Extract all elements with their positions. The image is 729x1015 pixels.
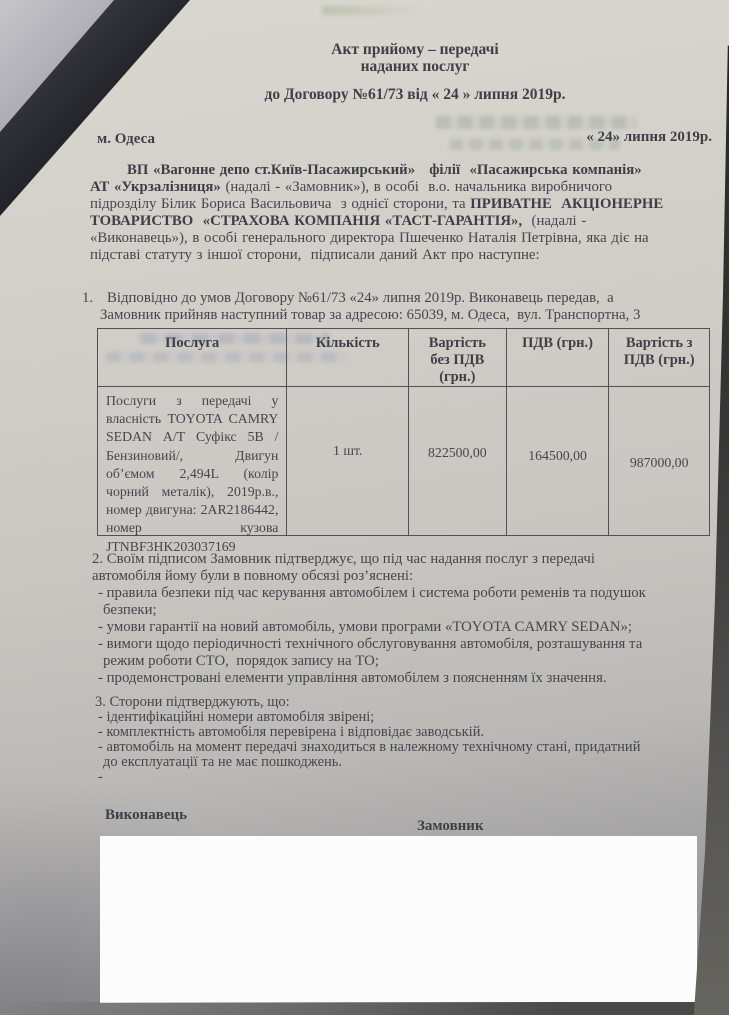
customer-label: Замовник — [417, 818, 484, 835]
paragraph-line: - правила безпеки під час керування авто… — [90, 585, 646, 602]
paragraph-line: - ідентифікаційні номери автомобіля звір… — [90, 710, 640, 725]
table-header-cell: Вартість з ПДВ (грн.) — [609, 329, 709, 387]
redaction-box — [100, 836, 697, 1003]
list-item-1-number: 1. — [82, 290, 93, 307]
paragraph-line: підрозділу Білик Бориса Васильовича з од… — [90, 196, 663, 213]
paragraph-line: - продемонстровані елементи управління а… — [90, 670, 646, 687]
paragraph-line: - комплектність автомобіля перевірена і … — [90, 725, 640, 740]
paragraph-line: АТ «Укрзалізниця» (надалі - «Замовник»),… — [90, 179, 663, 196]
table-cell: 164500,00 — [507, 387, 610, 535]
paragraph-line: - — [90, 770, 640, 785]
table-header-cell: ПДВ (грн.) — [507, 329, 610, 387]
paragraph-line: 3. Сторони підтверджують, що: — [90, 695, 640, 710]
paragraph-line: - вимоги щодо періодичності технічного о… — [90, 636, 646, 653]
table-cell: 822500,00 — [409, 387, 507, 535]
paragraph-line: до експлуатації та не має пошкоджень. — [90, 755, 640, 770]
photo-bottom-edge — [0, 1002, 729, 1015]
executor-label: Виконавець — [105, 807, 187, 824]
table-cell: 987000,00 — [609, 387, 709, 535]
paragraph-line: ВП «Вагонне депо ст.Київ-Пасажирський» ф… — [90, 162, 663, 179]
contract-subtitle: до Договору №61/73 від « 24 » липня 2019… — [104, 86, 726, 104]
table-header-cell: Послуга — [98, 329, 287, 387]
section-3: 3. Сторони підтверджують, що:- ідентифік… — [90, 695, 640, 785]
table-header-cell: Кількість — [287, 329, 409, 387]
paragraph-line: автомобіля йому були в повному обсязі ро… — [90, 568, 646, 585]
paragraph-line: ТОВАРИСТВО «СТРАХОВА КОМПАНІЯ «ТАСТ-ГАРА… — [90, 213, 663, 230]
title-line-2: наданих послуг — [104, 59, 726, 76]
table-cell: Послуги з передачі у власність TOYOTA CA… — [98, 387, 287, 535]
date-label: « 24» липня 2019р. — [586, 129, 712, 146]
photographed-document: Акт прийому – передачі наданих послуг до… — [0, 0, 729, 1015]
paragraph-line: безпеки; — [90, 602, 646, 619]
paragraph-line: підставі статуту з іншої сторони, підпис… — [90, 247, 663, 264]
services-table: ПослугаКількістьВартість без ПДВ (грн.)П… — [97, 328, 710, 536]
list-item-1: 1. Відповідно до умов Договору №61/73 «2… — [90, 290, 640, 324]
page-title: Акт прийому – передачі наданих послуг — [104, 42, 726, 75]
table-cell: 1 шт. — [287, 387, 409, 535]
paragraph-line: Замовник прийняв наступний товар за адре… — [90, 307, 640, 324]
paragraph-line: - умови гарантії на новий автомобіль, ум… — [90, 619, 646, 636]
section-2: 2. Своїм підписом Замовник підтверджує, … — [90, 551, 646, 687]
table-header-cell: Вартість без ПДВ (грн.) — [409, 329, 507, 387]
city-label: м. Одеса — [97, 131, 155, 148]
paragraph-line: режим роботи СТО, порядок запису на ТО; — [90, 653, 646, 670]
paragraph-line: Відповідно до умов Договору №61/73 «24» … — [90, 290, 640, 307]
title-line-1: Акт прийому – передачі — [104, 42, 726, 59]
paragraph-line: 2. Своїм підписом Замовник підтверджує, … — [90, 551, 646, 568]
paragraph-line: - автомобіль на момент передачі знаходит… — [90, 740, 640, 755]
intro-paragraph: ВП «Вагонне депо ст.Київ-Пасажирський» ф… — [90, 162, 663, 264]
paragraph-line: «Виконавець»), в особі генерального дире… — [90, 230, 663, 247]
